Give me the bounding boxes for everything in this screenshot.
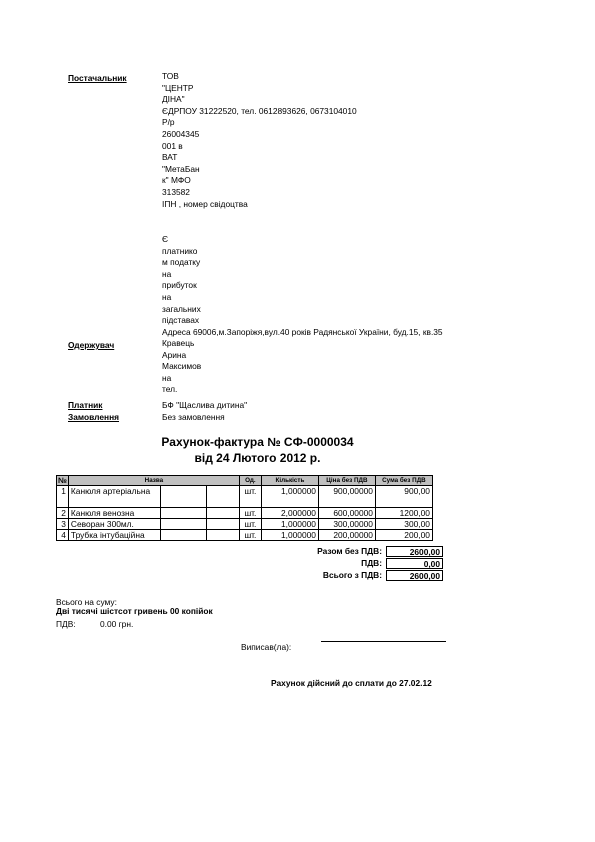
cell-unit: шт. bbox=[239, 508, 261, 519]
detail-line: 26004345 bbox=[162, 129, 357, 141]
cell-name: Канюля венозна bbox=[68, 508, 160, 519]
detail-line: Р/р bbox=[162, 117, 357, 129]
vat-label: ПДВ: bbox=[56, 619, 76, 629]
cell-empty bbox=[160, 486, 206, 508]
detail-line: прибуток bbox=[162, 280, 443, 292]
validity-note: Рахунок дійсний до сплати до 27.02.12 bbox=[271, 678, 432, 688]
totals-value: 2600,00 bbox=[386, 570, 443, 581]
detail-line: "МетаБан bbox=[162, 164, 357, 176]
cell-sum: 200,00 bbox=[375, 530, 432, 541]
table-header-row: № Назва Од. Кількість Ціна без ПДВ Сума … bbox=[57, 476, 433, 486]
detail-line: ІПН , номер свідоцтва bbox=[162, 199, 357, 211]
signature-label: Виписав(ла): bbox=[241, 642, 291, 652]
totals-block: Разом без ПДВ:2600,00ПДВ:0,00Всього з ПД… bbox=[270, 546, 443, 582]
invoice-date: від 24 Лютого 2012 р. bbox=[60, 451, 455, 465]
cell-empty bbox=[160, 530, 206, 541]
totals-row: Всього з ПДВ:2600,00 bbox=[270, 570, 443, 582]
detail-line: на bbox=[162, 269, 443, 281]
cell-sum: 1200,00 bbox=[375, 508, 432, 519]
header-unit: Од. bbox=[239, 476, 261, 486]
supplier-details: ТОВ"ЦЕНТРДІНА"ЄДРПОУ 31222520, тел. 0612… bbox=[162, 71, 357, 210]
totals-label: Всього з ПДВ: bbox=[270, 570, 386, 582]
recipient-details: КравецьАринаМаксимовнател. bbox=[162, 338, 201, 396]
detail-line: тел. bbox=[162, 384, 201, 396]
cell-empty bbox=[206, 508, 239, 519]
header-name: Назва bbox=[68, 476, 239, 486]
order-value: Без замовлення bbox=[162, 412, 225, 422]
cell-price: 200,00000 bbox=[318, 530, 375, 541]
detail-line: м податку bbox=[162, 257, 443, 269]
cell-empty bbox=[160, 519, 206, 530]
header-qty: Кількість bbox=[261, 476, 318, 486]
detail-line: Адреса 69006,м.Запоріжя,вул.40 років Рад… bbox=[162, 327, 443, 339]
cell-unit: шт. bbox=[239, 519, 261, 530]
totals-value: 2600,00 bbox=[386, 546, 443, 557]
detail-line: на bbox=[162, 373, 201, 385]
detail-line: ВАТ bbox=[162, 152, 357, 164]
cell-num: 1 bbox=[57, 486, 69, 508]
detail-line: підставах bbox=[162, 315, 443, 327]
totals-label: Разом без ПДВ: bbox=[270, 546, 386, 558]
total-sum-words: Дві тисячі шістсот гривень 00 копійок bbox=[56, 606, 213, 616]
cell-sum: 900,00 bbox=[375, 486, 432, 508]
totals-row: ПДВ:0,00 bbox=[270, 558, 443, 570]
totals-value: 0,00 bbox=[386, 558, 443, 569]
cell-sum: 300,00 bbox=[375, 519, 432, 530]
cell-price: 900,00000 bbox=[318, 486, 375, 508]
header-sum: Сума без ПДВ bbox=[375, 476, 432, 486]
detail-line: к" МФО bbox=[162, 175, 357, 187]
detail-line: Є bbox=[162, 234, 443, 246]
detail-line: Арина bbox=[162, 350, 201, 362]
detail-line: ЄДРПОУ 31222520, тел. 0612893626, 067310… bbox=[162, 106, 357, 118]
detail-line: "ЦЕНТР bbox=[162, 83, 357, 95]
table-row: 2Канюля венознашт.2,000000600,000001200,… bbox=[57, 508, 433, 519]
cell-empty bbox=[160, 508, 206, 519]
header-num: № bbox=[57, 476, 69, 486]
payer-value: БФ "Щаслива дитина" bbox=[162, 400, 247, 410]
cell-name: Севоран 300мл. bbox=[68, 519, 160, 530]
supplier-label: Постачальник bbox=[68, 73, 127, 83]
cell-name: Канюля артеріальна bbox=[68, 486, 160, 508]
cell-num: 2 bbox=[57, 508, 69, 519]
signature-line bbox=[321, 641, 446, 642]
cell-num: 4 bbox=[57, 530, 69, 541]
order-label: Замовлення bbox=[68, 412, 119, 422]
detail-line: Максимов bbox=[162, 361, 201, 373]
detail-line: 001 в bbox=[162, 141, 357, 153]
header-price: Ціна без ПДВ bbox=[318, 476, 375, 486]
vat-value: 0.00 грн. bbox=[100, 619, 133, 629]
items-table: № Назва Од. Кількість Ціна без ПДВ Сума … bbox=[56, 475, 433, 541]
cell-price: 300,00000 bbox=[318, 519, 375, 530]
detail-line: ТОВ bbox=[162, 71, 357, 83]
detail-line: платнико bbox=[162, 246, 443, 258]
cell-empty bbox=[206, 519, 239, 530]
totals-row: Разом без ПДВ:2600,00 bbox=[270, 546, 443, 558]
detail-line: ДІНА" bbox=[162, 94, 357, 106]
cell-qty: 2,000000 bbox=[261, 508, 318, 519]
cell-name: Трубка інтубаційна bbox=[68, 530, 160, 541]
cell-qty: 1,000000 bbox=[261, 486, 318, 508]
table-row: 3Севоран 300мл.шт.1,000000300,00000300,0… bbox=[57, 519, 433, 530]
cell-empty bbox=[206, 530, 239, 541]
cell-unit: шт. bbox=[239, 486, 261, 508]
table-row: 4Трубка інтубаційнашт.1,000000200,000002… bbox=[57, 530, 433, 541]
detail-line: на bbox=[162, 292, 443, 304]
detail-line: Кравець bbox=[162, 338, 201, 350]
invoice-title: Рахунок-фактура № СФ-0000034 bbox=[60, 435, 455, 449]
cell-num: 3 bbox=[57, 519, 69, 530]
detail-line: загальних bbox=[162, 304, 443, 316]
cell-qty: 1,000000 bbox=[261, 530, 318, 541]
supplier-tax-details: Єплатником податкунаприбутокназагальнихп… bbox=[162, 234, 443, 338]
cell-unit: шт. bbox=[239, 530, 261, 541]
detail-line: 313582 bbox=[162, 187, 357, 199]
totals-label: ПДВ: bbox=[270, 558, 386, 570]
cell-price: 600,00000 bbox=[318, 508, 375, 519]
payer-label: Платник bbox=[68, 400, 103, 410]
table-row: 1Канюля артеріальнашт.1,000000900,000009… bbox=[57, 486, 433, 508]
cell-empty bbox=[206, 486, 239, 508]
cell-qty: 1,000000 bbox=[261, 519, 318, 530]
recipient-label: Одержувач bbox=[68, 340, 114, 350]
